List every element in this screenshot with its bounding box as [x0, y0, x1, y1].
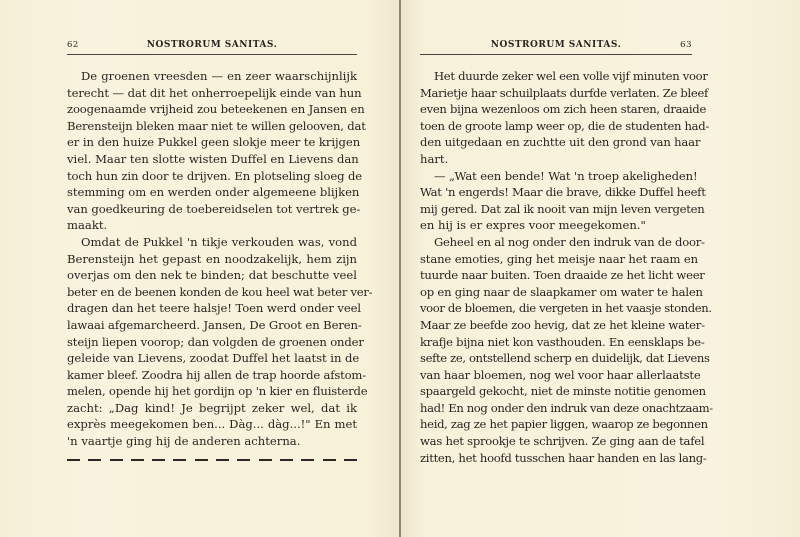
- text-line: overjas om den nek te binden; dat beschu…: [67, 267, 357, 284]
- text-line: terecht — dat dit het onherroepelijk ein…: [67, 85, 357, 102]
- text-line: spaargeld gekocht, niet de minste notiti…: [420, 383, 692, 400]
- paragraph: Geheel en al nog onder den indruk van de…: [420, 234, 692, 466]
- right-body-text: Het duurde zeker wel een volle vijf minu…: [420, 68, 692, 466]
- text-line: 'n vaartje ging hij de anderen achterna.: [67, 433, 357, 450]
- text-line: Berensteijn het gepast en noodzakelijk, …: [67, 251, 357, 268]
- text-line: heid, zag ze het papier liggen, waarop z…: [420, 416, 692, 433]
- text-line: krafje bijna niet kon vasthouden. En een…: [420, 334, 692, 351]
- text-line: geleide van Lievens, zoodat Duffel het l…: [67, 350, 357, 367]
- right-running-head: NOSTRORUM SANITAS. 63: [420, 40, 692, 55]
- text-line: beter en de beenen konden de kou heel wa…: [67, 284, 357, 301]
- book-spread: 62 NOSTRORUM SANITAS. De groenen vreesde…: [0, 0, 800, 537]
- left-running-head: 62 NOSTRORUM SANITAS.: [67, 40, 357, 55]
- text-line: Berensteijn bleken maar niet te willen g…: [67, 118, 357, 135]
- dash: [131, 459, 144, 461]
- paragraph: Omdat de Pukkel 'n tikje verkouden was, …: [67, 234, 357, 450]
- text-line: zoogenaamde vrijheid zou beteekenen en J…: [67, 101, 357, 118]
- text-line: en hij is er expres voor meegekomen.": [420, 217, 692, 234]
- paragraph: Het duurde zeker wel een volle vijf minu…: [420, 68, 692, 168]
- text-line: den uitgedaan en zuchtte uit den grond v…: [420, 134, 692, 151]
- text-line: tuurde naar buiten. Toen draaide ze het …: [420, 267, 692, 284]
- text-line: steijn liepen voorop; dan volgden de gro…: [67, 334, 357, 351]
- text-line: hart.: [420, 151, 692, 168]
- text-line: Omdat de Pukkel 'n tikje verkouden was, …: [67, 234, 357, 251]
- dash: [344, 459, 357, 461]
- dash: [259, 459, 272, 461]
- text-line: er in den huize Pukkel geen slokje meer …: [67, 134, 357, 151]
- text-line: stane emoties, ging het meisje naar het …: [420, 251, 692, 268]
- text-line: maakt.: [67, 217, 357, 234]
- dash: [280, 459, 293, 461]
- text-line: Wat 'n engerds! Maar die brave, dikke Du…: [420, 184, 692, 201]
- text-line: — „Wat een bende! Wat 'n troep akelighed…: [420, 168, 692, 185]
- dash: [88, 459, 101, 461]
- text-line: melen, opende hij het gordijn op 'n kier…: [67, 383, 357, 400]
- text-line: viel. Maar ten slotte wisten Duffel en L…: [67, 151, 357, 168]
- paragraph: De groenen vreesden — en zeer waarschijn…: [67, 68, 357, 234]
- text-line: Maar ze beefde zoo hevig, dat ze het kle…: [420, 317, 692, 334]
- text-line: op en ging naar de slaapkamer om water t…: [420, 284, 692, 301]
- paragraph: — „Wat een bende! Wat 'n troep akelighed…: [420, 168, 692, 234]
- dash: [67, 459, 80, 461]
- text-line: was het sprookje te schrijven. Ze ging a…: [420, 433, 692, 450]
- dash: [173, 459, 186, 461]
- text-line: toch hun zin door te drijven. En plotsel…: [67, 168, 357, 185]
- page-number: 63: [680, 40, 692, 50]
- section-break-dashes: [67, 452, 357, 468]
- text-line: sefte ze, ontstellend scherp en duidelij…: [420, 350, 692, 367]
- text-line: Het duurde zeker wel een volle vijf minu…: [420, 68, 692, 85]
- left-body-text: De groenen vreesden — en zeer waarschijn…: [67, 68, 357, 468]
- text-line: Geheel en al nog onder den indruk van de…: [420, 234, 692, 251]
- dash: [110, 459, 123, 461]
- dash: [152, 459, 165, 461]
- text-line: De groenen vreesden — en zeer waarschijn…: [67, 68, 357, 85]
- dash: [323, 459, 336, 461]
- dash: [237, 459, 250, 461]
- text-line: lawaai afgemarcheerd. Jansen, De Groot e…: [67, 317, 357, 334]
- text-line: van goedkeuring de toebereidselen tot ve…: [67, 201, 357, 218]
- dash: [195, 459, 208, 461]
- text-line: van haar bloemen, nog wel voor haar alle…: [420, 367, 692, 384]
- dash: [301, 459, 314, 461]
- dash: [216, 459, 229, 461]
- text-line: Marietje haar schuilplaats durfde verlat…: [420, 85, 692, 102]
- text-line: kamer bleef. Zoodra hij allen de trap ho…: [67, 367, 357, 384]
- text-line: zitten, het hoofd tusschen haar handen e…: [420, 450, 692, 467]
- running-title: NOSTRORUM SANITAS.: [420, 40, 692, 50]
- text-line: stemming om en werden onder algemeene bl…: [67, 184, 357, 201]
- text-line: dragen dan het teere halsje! Toen werd o…: [67, 300, 357, 317]
- left-page: 62 NOSTRORUM SANITAS. De groenen vreesde…: [0, 0, 400, 537]
- text-line: exprès meegekomen ben... Dàg... dàg...!"…: [67, 416, 357, 433]
- running-title: NOSTRORUM SANITAS.: [67, 40, 357, 50]
- text-line: even bijna wezenloos om zich heen staren…: [420, 101, 692, 118]
- text-line: had! En nog onder den indruk van deze on…: [420, 400, 692, 417]
- text-line: voor de bloemen, die vergeten in het vaa…: [420, 300, 692, 317]
- text-line: mij gered. Dat zal ik nooit van mijn lev…: [420, 201, 692, 218]
- text-line: toen de groote lamp weer op, die de stud…: [420, 118, 692, 135]
- right-page: NOSTRORUM SANITAS. 63 Het duurde zeker w…: [401, 0, 800, 537]
- text-line: zacht: „Dag kind! Je begrijpt zeker wel,…: [67, 400, 357, 417]
